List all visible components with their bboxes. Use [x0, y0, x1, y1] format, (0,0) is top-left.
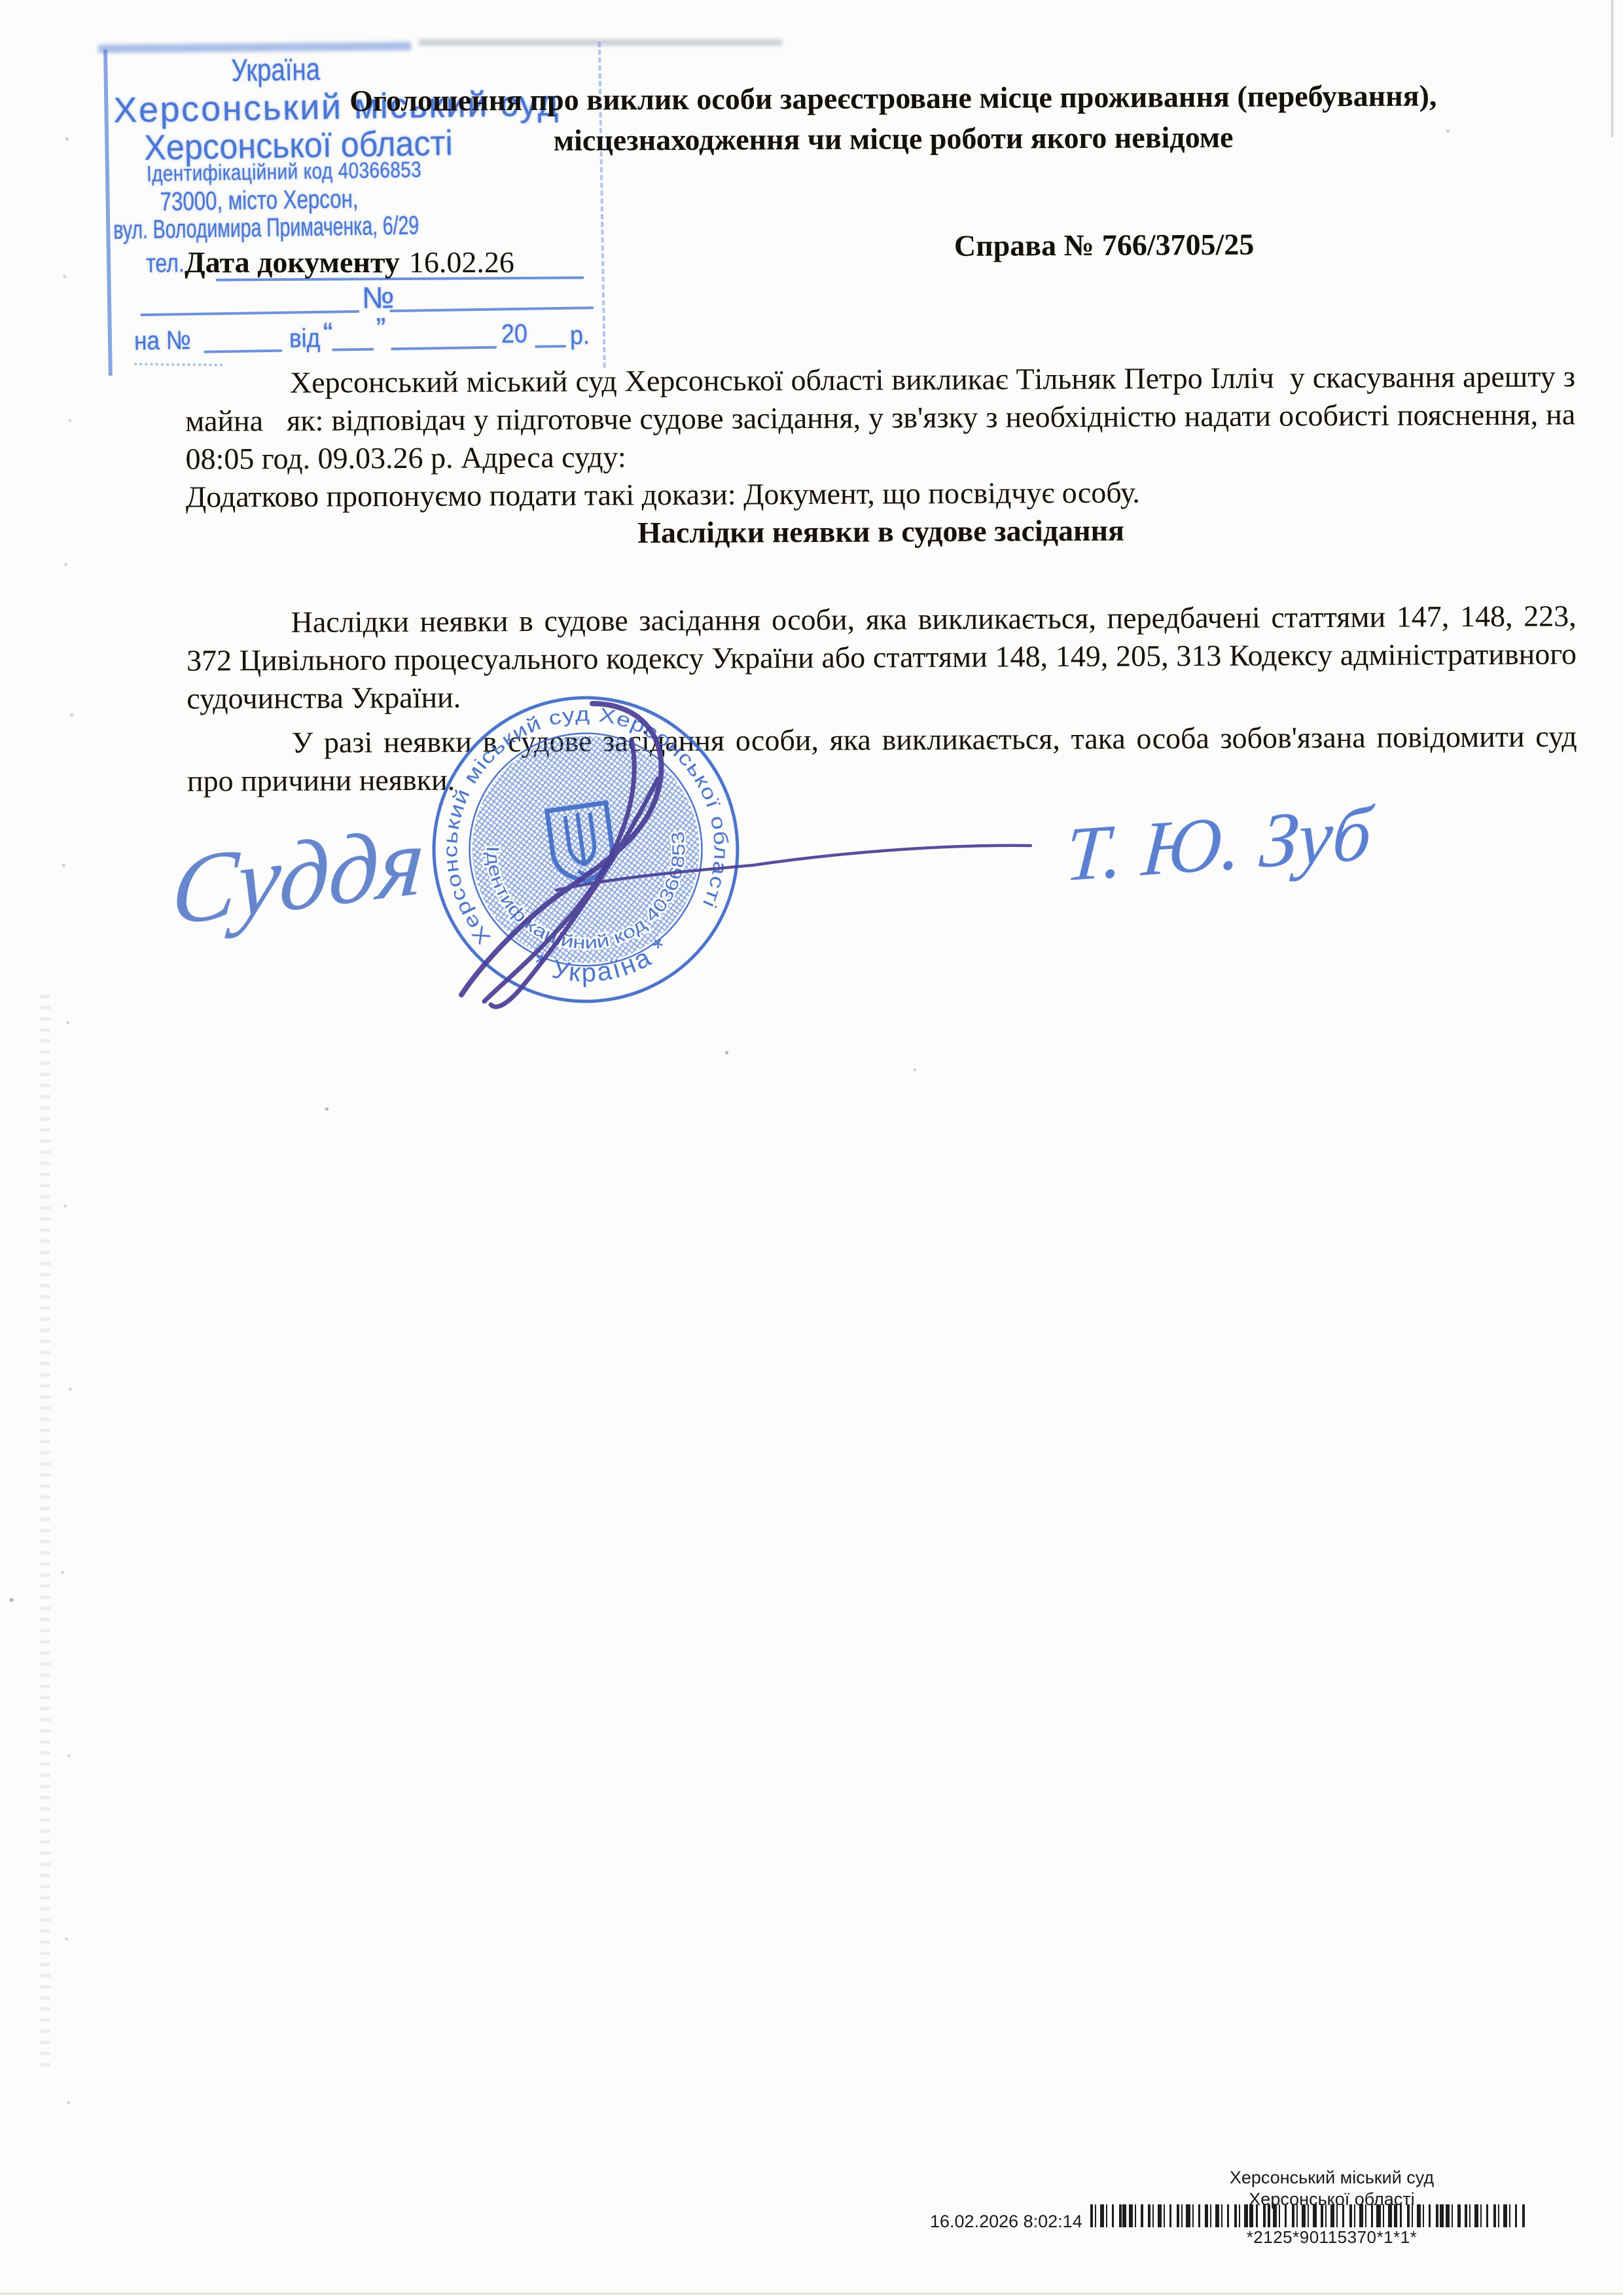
summons-paragraph: Херсонський міський суд Херсонської обла… [185, 357, 1576, 478]
document-date-value: 16.02.26 [409, 245, 514, 279]
judge-signature-scribble [366, 681, 1060, 1047]
case-number-label: Справа № [954, 228, 1094, 262]
document-title-line2: місцезнаходження чи місце роботи якого н… [250, 116, 1537, 163]
case-number-value: 766/3705/25 [1102, 228, 1255, 262]
typed-text-layer: Оголошення про виклик особи зареєстрован… [0, 0, 1623, 2296]
document-title: Оголошення про виклик особи зареєстрован… [250, 75, 1537, 163]
evidence-paragraph: Додатково пропонуємо подати такі докази:… [186, 471, 1576, 516]
barcode-text: *2125*90115370*1*1* [1135, 2227, 1528, 2248]
document-date-label: Дата документу [185, 245, 400, 279]
document-title-line1: Оголошення про виклик особи зареєстрован… [250, 75, 1537, 122]
scanned-court-document-page: Україна Херсонський міський суд Херсонсь… [0, 0, 1623, 2296]
footer-court-line2: Херсонської області [1135, 2189, 1528, 2210]
document-date: Дата документу16.02.26 [185, 245, 514, 279]
case-number: Справа №766/3705/25 [954, 227, 1255, 263]
footer-timestamp: 16.02.2026 8:02:14 [930, 2212, 1082, 2232]
footer-court-line1: Херсонський міський суд [1135, 2168, 1528, 2188]
section-heading: Наслідки неявки в судове засідання [186, 509, 1576, 554]
